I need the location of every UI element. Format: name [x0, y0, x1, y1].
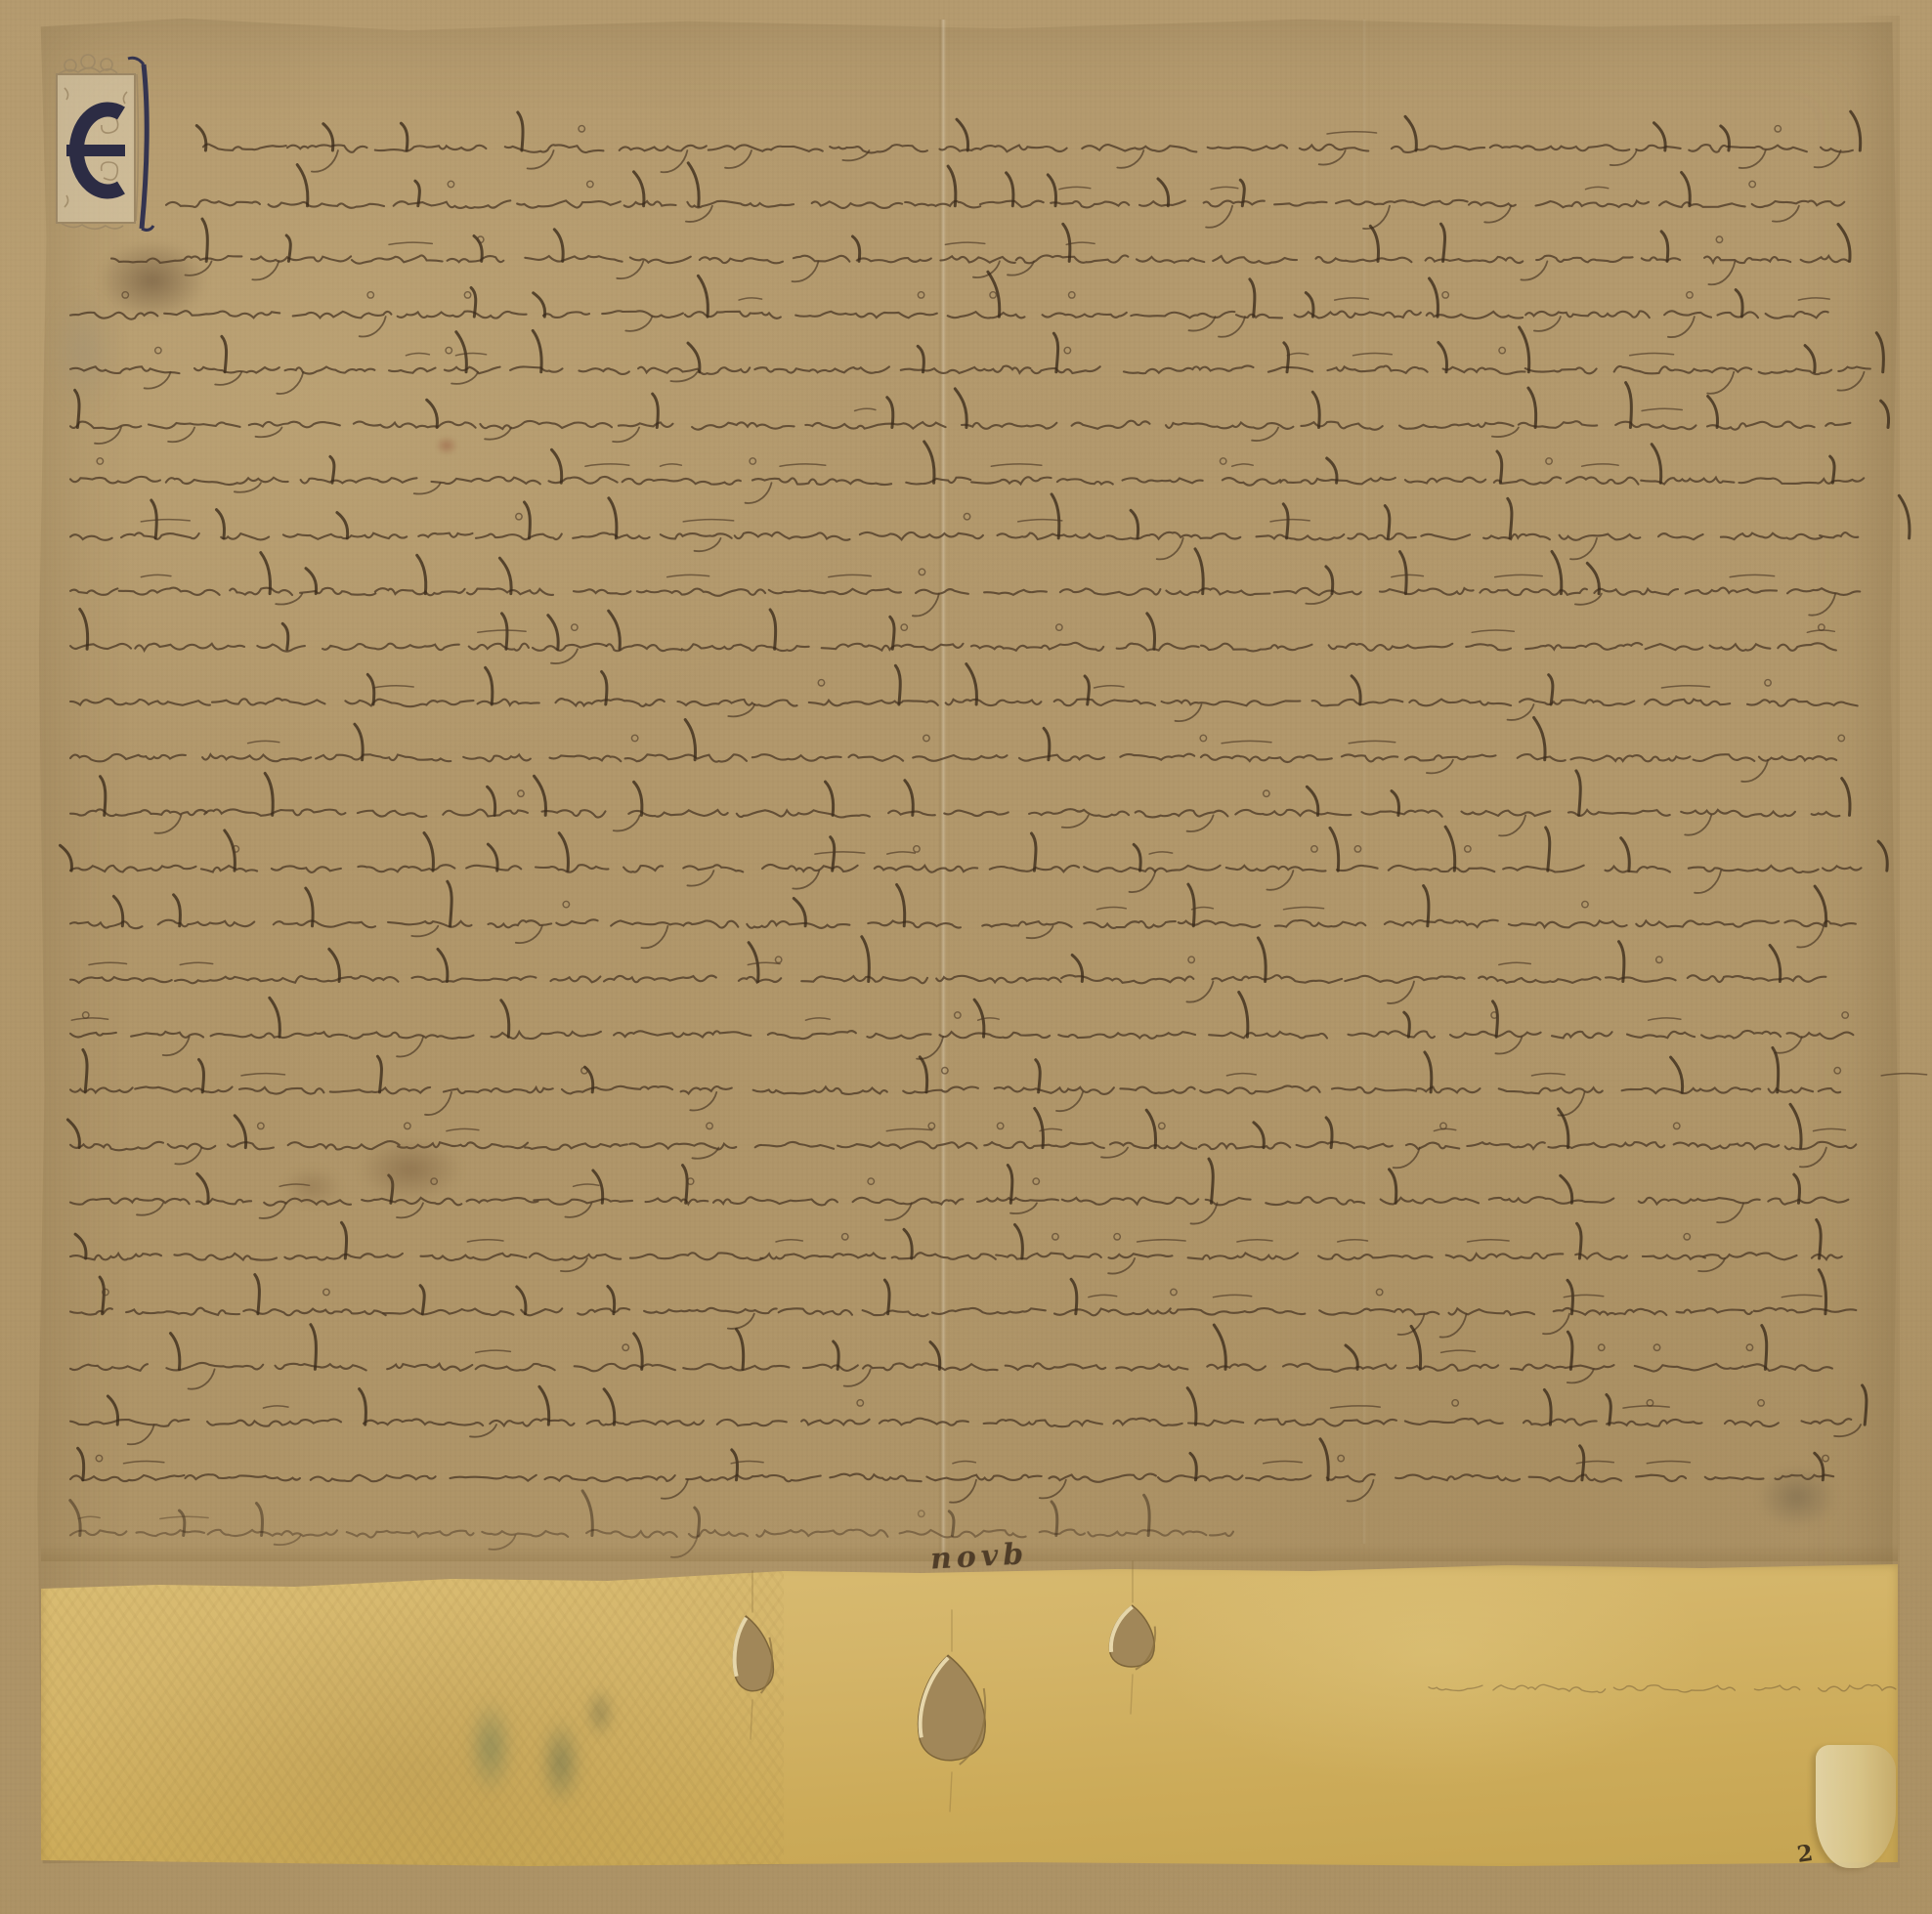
- illuminated-initial: [51, 49, 170, 246]
- parchment-corner-curl: [1816, 1745, 1896, 1868]
- initial-letter-E: [51, 49, 170, 246]
- plica-grain-texture: [41, 1559, 784, 1868]
- docket-mark: novb: [929, 1537, 1029, 1576]
- manuscript-photo: { "document": { "description": "Photogra…: [0, 0, 1932, 1914]
- plica-fold: [41, 1559, 1898, 1868]
